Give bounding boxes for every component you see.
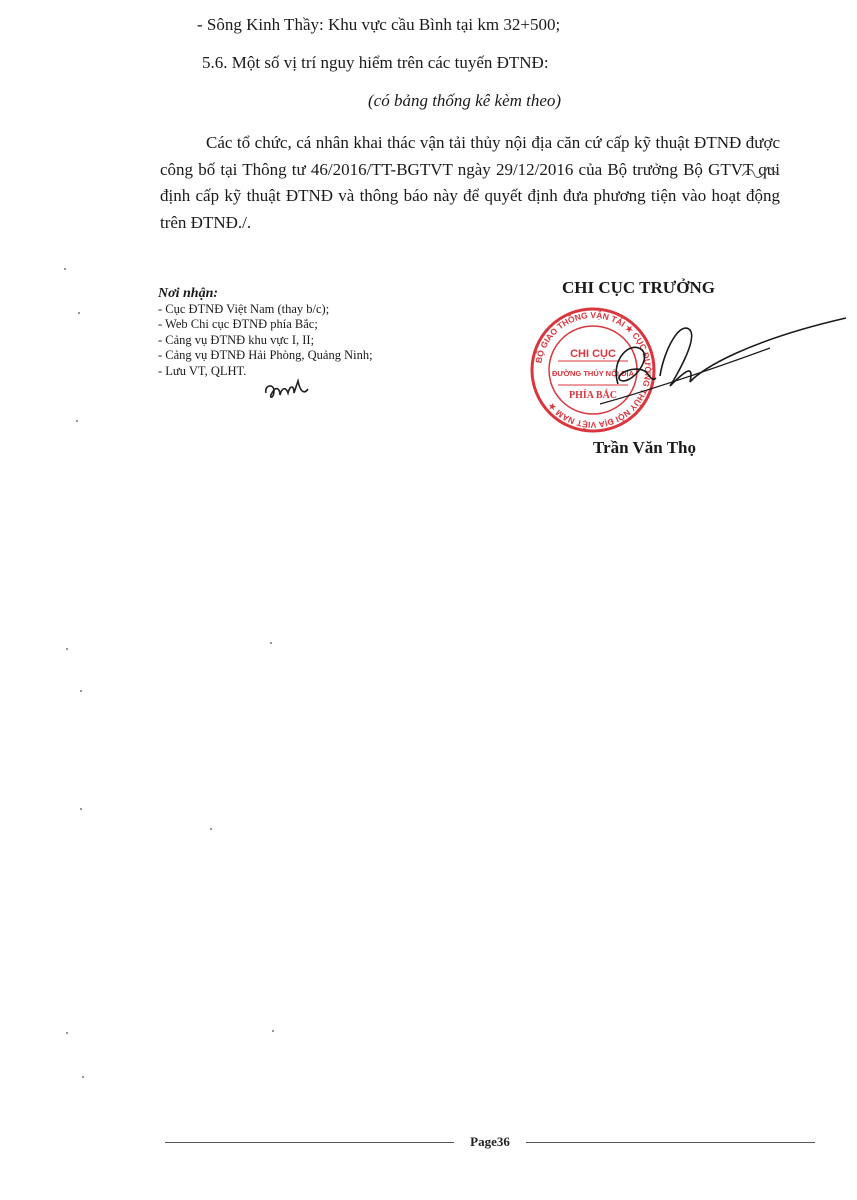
body-paragraph: Các tổ chức, cá nhân khai thác vận tải t… xyxy=(160,130,780,236)
page-number: Page36 xyxy=(454,1134,526,1150)
scan-speck xyxy=(270,642,272,644)
signer-name: Trần Văn Thọ xyxy=(593,438,696,458)
document-page: - Sông Kinh Thầy: Khu vực cầu Bình tại k… xyxy=(0,0,857,1200)
recipients-title: Nơi nhận: xyxy=(158,286,488,302)
recipients-block: Nơi nhận: - Cục ĐTNĐ Việt Nam (thay b/c)… xyxy=(158,286,488,379)
recipient-item: - Cảng vụ ĐTNĐ Hải Phòng, Quảng Ninh; xyxy=(158,348,488,363)
footer-rule-right xyxy=(526,1142,815,1143)
footer-rule-left xyxy=(165,1142,454,1143)
recipient-item: - Web Chi cục ĐTNĐ phía Bắc; xyxy=(158,317,488,332)
scan-speck xyxy=(82,1076,84,1078)
scan-speck xyxy=(272,1030,274,1032)
table-note: (có bảng thống kê kèm theo) xyxy=(368,91,561,111)
recipient-item: - Lưu VT, QLHT. xyxy=(158,364,488,379)
scan-speck xyxy=(76,420,78,422)
recipient-item: - Cục ĐTNĐ Việt Nam (thay b/c); xyxy=(158,302,488,317)
recipient-item: - Cảng vụ ĐTNĐ khu vực I, II; xyxy=(158,333,488,348)
scan-speck xyxy=(80,690,82,692)
scan-speck xyxy=(64,268,66,270)
scan-speck xyxy=(80,808,82,810)
scan-speck xyxy=(66,648,68,650)
scan-speck xyxy=(66,1032,68,1034)
handwritten-mark-icon xyxy=(740,166,780,180)
scan-speck xyxy=(210,828,212,830)
section-heading: 5.6. Một số vị trí nguy hiểm trên các tu… xyxy=(202,53,549,73)
page-footer: Page36 xyxy=(165,1131,815,1153)
scan-speck xyxy=(78,312,80,314)
initials-signature-icon xyxy=(262,375,312,403)
river-item-line: - Sông Kinh Thầy: Khu vực cầu Bình tại k… xyxy=(197,15,560,35)
signer-title: CHI CỤC TRƯỞNG xyxy=(562,278,715,298)
handwritten-signature-icon xyxy=(590,300,850,410)
